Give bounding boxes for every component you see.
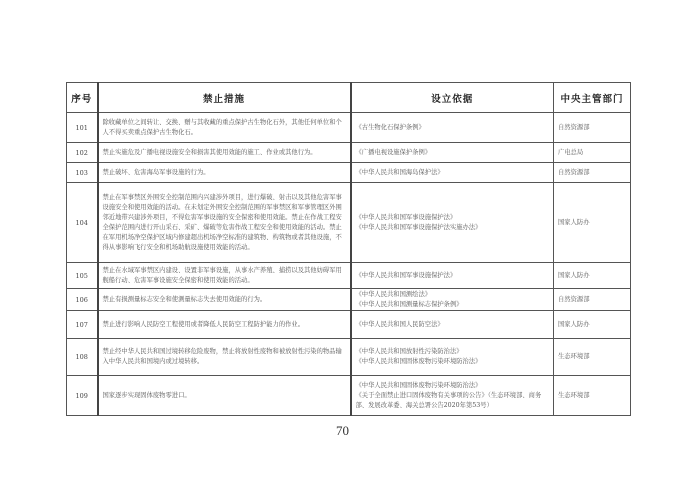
row-dept: 自然资源部 bbox=[554, 289, 631, 311]
basis-line: 《中华人民共和国测量标志保护条例》 bbox=[356, 300, 550, 310]
header-dept: 中央主管部门 bbox=[554, 83, 631, 113]
table-row: 106 禁止有损测量标志安全和使测量标志失去使用效能的行为。 《中华人民共和国测… bbox=[67, 289, 631, 311]
row-measure: 禁止在军事禁区外围安全控制范围内兴建涉外项目，进行爆破、射击以及其他危害军事设施… bbox=[98, 183, 351, 263]
table-header-row: 序号 禁止措施 设立依据 中央主管部门 bbox=[67, 83, 631, 113]
basis-line: 《古生物化石保护条例》 bbox=[356, 123, 550, 133]
row-dept: 自然资源部 bbox=[554, 163, 631, 183]
table-row: 101 除收藏单位之间转让、交换、赠与其收藏的重点保护古生物化石外，其他任何单位… bbox=[67, 113, 631, 143]
row-num: 109 bbox=[67, 376, 98, 416]
row-measure: 禁止在水域军事禁区内建设、设置非军事设施，从事水产养殖、捕捞以及其他妨碍军用舰船… bbox=[98, 263, 351, 289]
row-basis: 《中华人民共和国人民防空法》 bbox=[351, 311, 554, 339]
row-num: 104 bbox=[67, 183, 98, 263]
basis-line: 《中华人民共和国军事设施保护法》 bbox=[356, 213, 550, 223]
basis-line: 《关于全面禁止进口固体废物有关事项的公告》（生态环境部、商务部、发展改革委、海关… bbox=[356, 391, 550, 411]
row-basis: 《古生物化石保护条例》 bbox=[351, 113, 554, 143]
row-basis: 《中华人民共和国测绘法》 《中华人民共和国测量标志保护条例》 bbox=[351, 289, 554, 311]
row-measure: 禁止进行影响人民防空工程使用或者降低人民防空工程防护能力的作业。 bbox=[98, 311, 351, 339]
row-num: 106 bbox=[67, 289, 98, 311]
row-measure: 除收藏单位之间转让、交换、赠与其收藏的重点保护古生物化石外，其他任何单位和个人不… bbox=[98, 113, 351, 143]
row-basis: 《中华人民共和国固体废物污染环境防治法》 《关于全面禁止进口固体废物有关事项的公… bbox=[351, 376, 554, 416]
table-row: 108 禁止经中华人民共和国过境转移危险废物，禁止将放射性废物和被放射性污染的物… bbox=[67, 339, 631, 376]
basis-line: 《中华人民共和国固体废物污染环境防治法》 bbox=[356, 381, 550, 391]
table-row: 103 禁止破坏、危害海岛军事设施的行为。 《中华人民共和国海岛保护法》 自然资… bbox=[67, 163, 631, 183]
row-measure: 禁止破坏、危害海岛军事设施的行为。 bbox=[98, 163, 351, 183]
basis-line: 《广播电视设施保护条例》 bbox=[356, 148, 550, 158]
row-dept: 自然资源部 bbox=[554, 113, 631, 143]
row-num: 103 bbox=[67, 163, 98, 183]
row-dept: 国家人防办 bbox=[554, 183, 631, 263]
row-num: 101 bbox=[67, 113, 98, 143]
basis-line: 《中华人民共和国海岛保护法》 bbox=[356, 168, 550, 178]
table-row: 102 禁止实施危及广播电视设施安全和损害其使用效能的施工、作业或其他行为。 《… bbox=[67, 143, 631, 163]
basis-line: 《中华人民共和国固体废物污染环境防治法》 bbox=[356, 357, 550, 367]
table-row: 109 国家逐步实现固体废物零进口。 《中华人民共和国固体废物污染环境防治法》 … bbox=[67, 376, 631, 416]
basis-line: 《中华人民共和国军事设施保护法》 bbox=[356, 271, 550, 281]
row-num: 108 bbox=[67, 339, 98, 376]
row-dept: 国家人防办 bbox=[554, 311, 631, 339]
row-measure: 国家逐步实现固体废物零进口。 bbox=[98, 376, 351, 416]
row-num: 105 bbox=[67, 263, 98, 289]
header-measure: 禁止措施 bbox=[98, 83, 351, 113]
row-measure: 禁止有损测量标志安全和使测量标志失去使用效能的行为。 bbox=[98, 289, 351, 311]
basis-line: 《中华人民共和国人民防空法》 bbox=[356, 320, 550, 330]
row-basis: 《广播电视设施保护条例》 bbox=[351, 143, 554, 163]
row-dept: 生态环境部 bbox=[554, 376, 631, 416]
basis-line: 《中华人民共和国放射性污染防治法》 bbox=[356, 347, 550, 357]
page-number: 70 bbox=[336, 423, 349, 439]
header-basis: 设立依据 bbox=[351, 83, 554, 113]
row-basis: 《中华人民共和国放射性污染防治法》 《中华人民共和国固体废物污染环境防治法》 bbox=[351, 339, 554, 376]
row-basis: 《中华人民共和国军事设施保护法》 《中华人民共和国军事设施保护法实施办法》 bbox=[351, 183, 554, 263]
basis-line: 《中华人民共和国测绘法》 bbox=[356, 290, 550, 300]
header-num: 序号 bbox=[67, 83, 98, 113]
row-measure: 禁止经中华人民共和国过境转移危险废物，禁止将放射性废物和被放射性污染的物品输入中… bbox=[98, 339, 351, 376]
table-row: 104 禁止在军事禁区外围安全控制范围内兴建涉外项目，进行爆破、射击以及其他危害… bbox=[67, 183, 631, 263]
table-row: 105 禁止在水域军事禁区内建设、设置非军事设施，从事水产养殖、捕捞以及其他妨碍… bbox=[67, 263, 631, 289]
row-dept: 生态环境部 bbox=[554, 339, 631, 376]
row-num: 102 bbox=[67, 143, 98, 163]
basis-line: 《中华人民共和国军事设施保护法实施办法》 bbox=[356, 223, 550, 233]
table-row: 107 禁止进行影响人民防空工程使用或者降低人民防空工程防护能力的作业。 《中华… bbox=[67, 311, 631, 339]
document-page: 序号 禁止措施 设立依据 中央主管部门 101 除收藏单位之间转让、交换、赠与其… bbox=[0, 0, 700, 495]
row-measure: 禁止实施危及广播电视设施安全和损害其使用效能的施工、作业或其他行为。 bbox=[98, 143, 351, 163]
prohibited-measures-table: 序号 禁止措施 设立依据 中央主管部门 101 除收藏单位之间转让、交换、赠与其… bbox=[66, 82, 631, 416]
row-basis: 《中华人民共和国海岛保护法》 bbox=[351, 163, 554, 183]
row-dept: 广电总局 bbox=[554, 143, 631, 163]
row-dept: 国家人防办 bbox=[554, 263, 631, 289]
row-basis: 《中华人民共和国军事设施保护法》 bbox=[351, 263, 554, 289]
row-num: 107 bbox=[67, 311, 98, 339]
